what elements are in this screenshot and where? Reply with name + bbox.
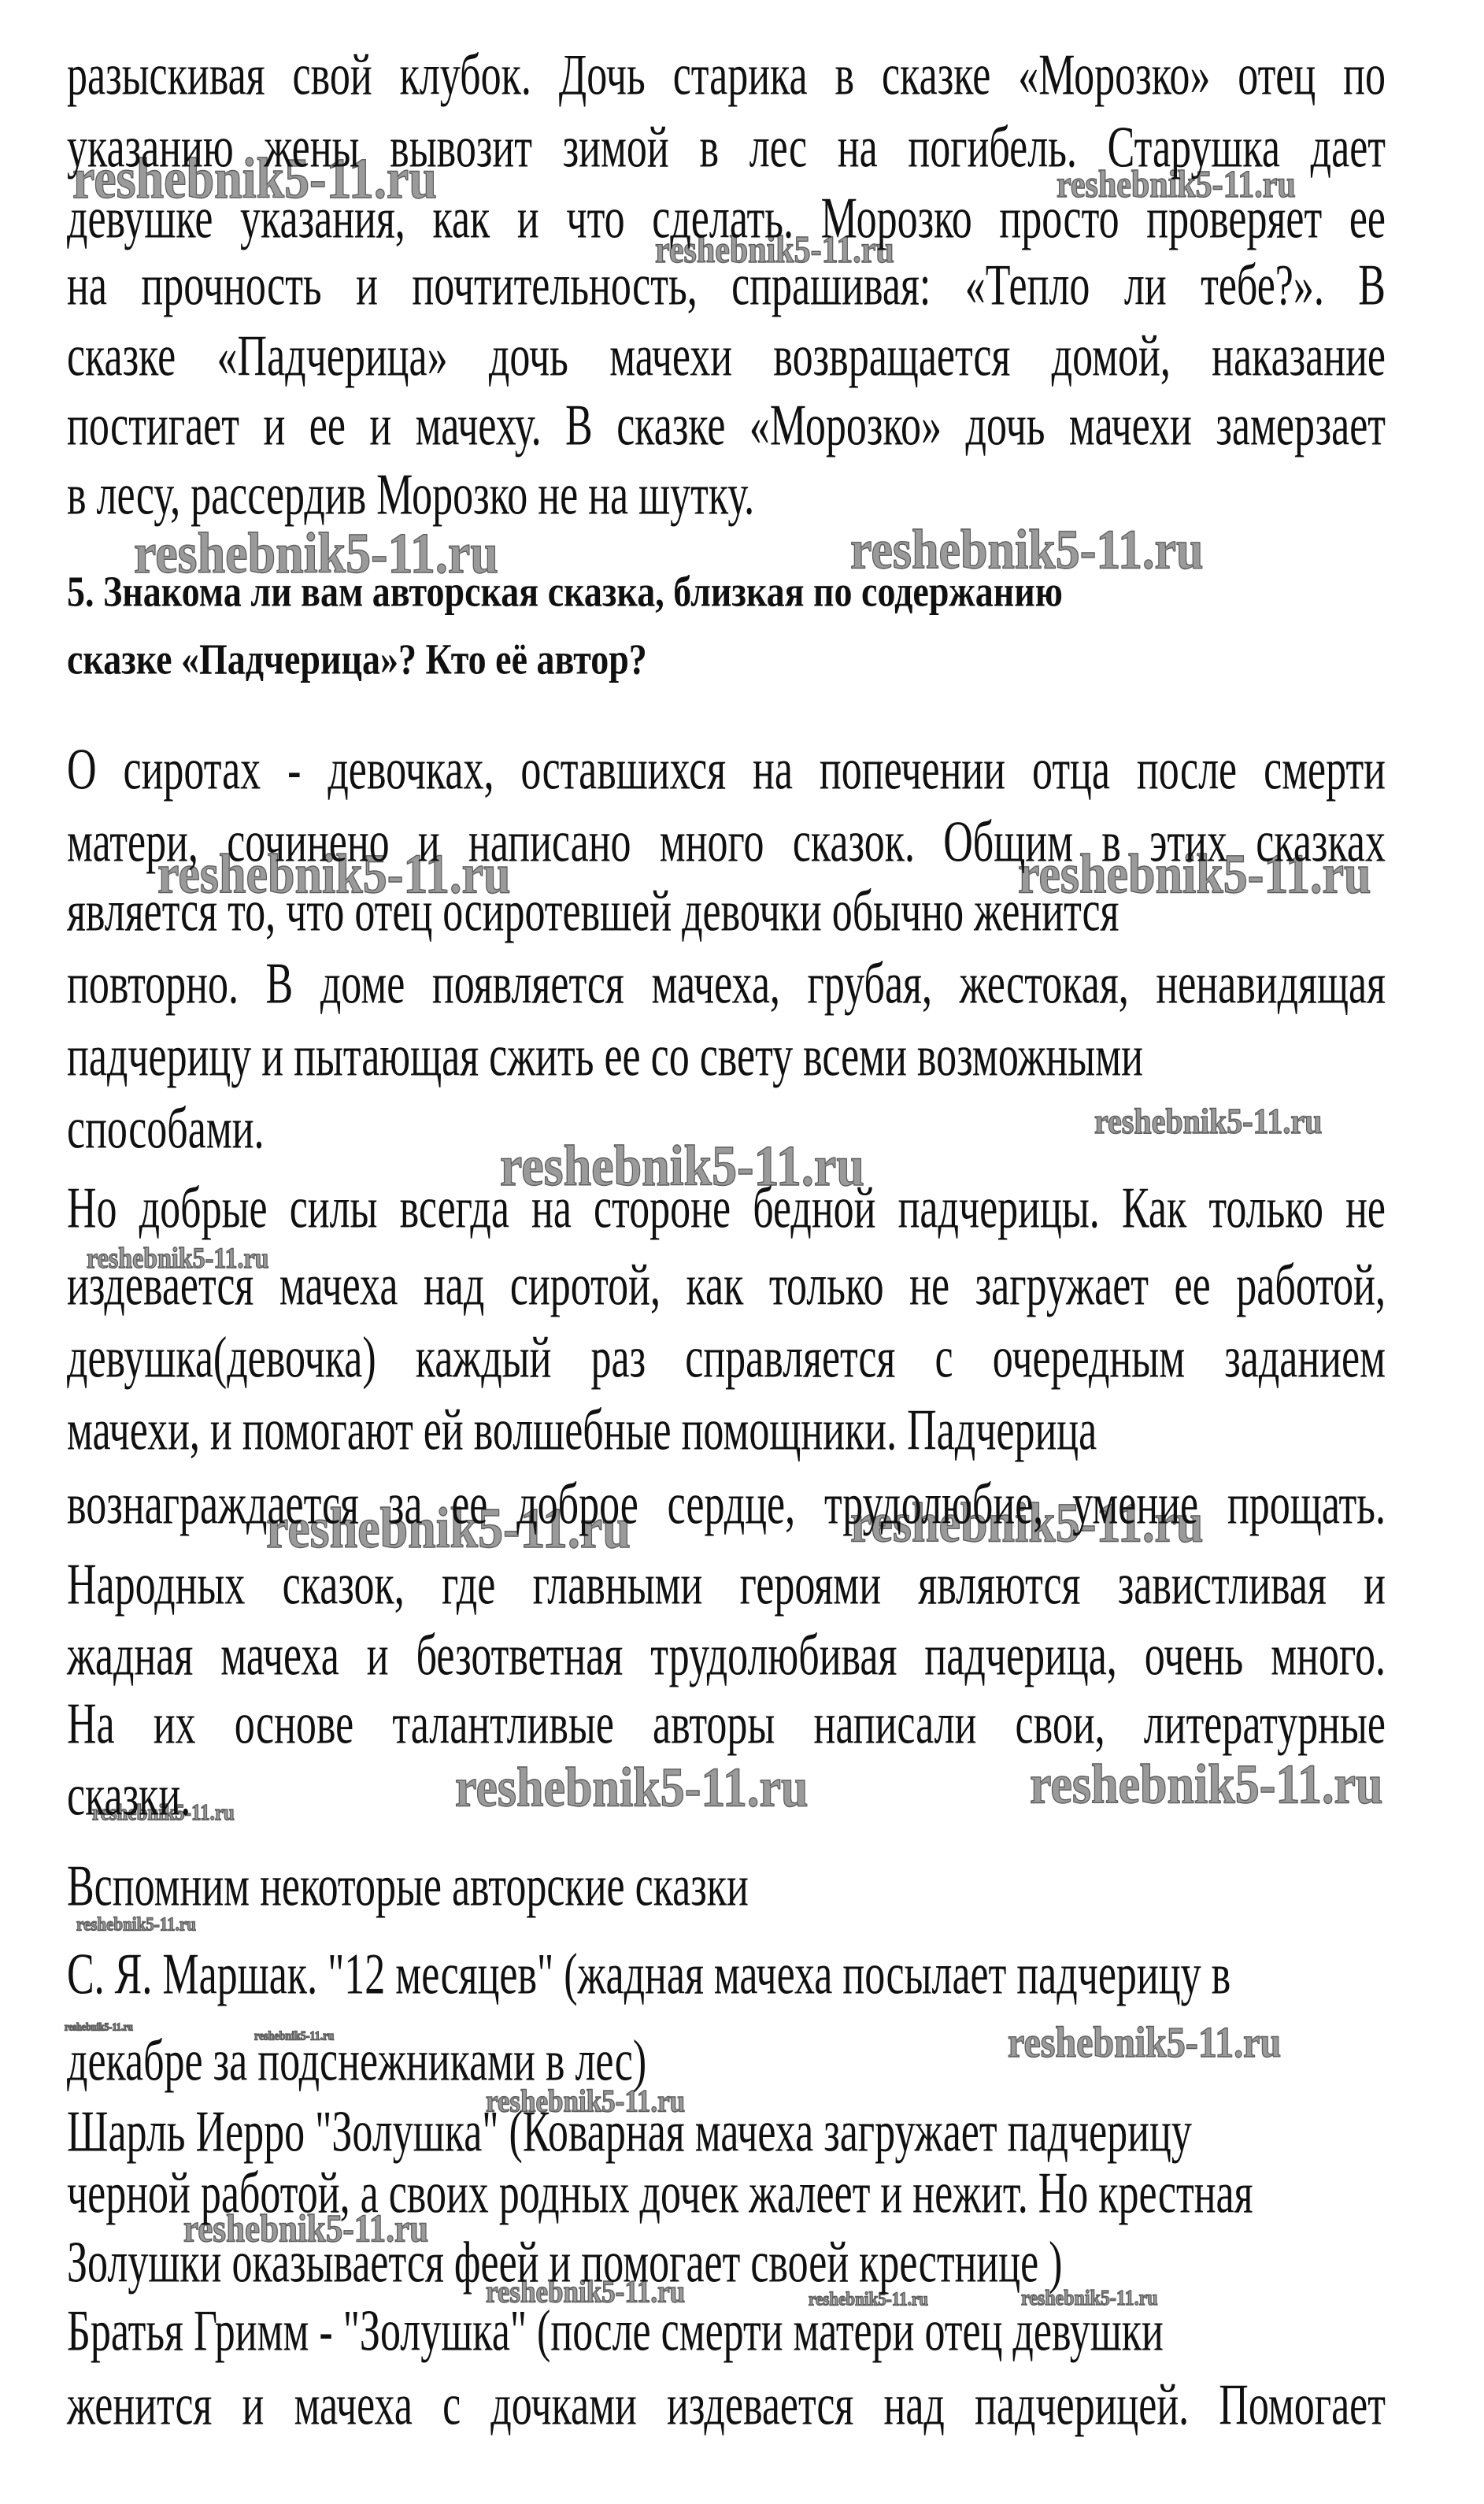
text-line: девушке указания, как и что сделать. Мор… xyxy=(67,185,1386,255)
text-line: Народных сказок, где главными героями яв… xyxy=(67,1551,1386,1621)
text-line: С. Я. Маршак. "12 месяцев" (жадная мачех… xyxy=(67,1941,1386,2011)
text-line: повторно. В доме появляется мачеха, груб… xyxy=(67,950,1386,1020)
text-line: О сиротах - девочках, оставшихся на попе… xyxy=(67,736,1386,806)
text-line: Золушки оказывается феей и помогает свое… xyxy=(67,2229,1386,2299)
text-line: матери, сочинено и написано много сказок… xyxy=(67,809,1386,879)
text-line: Братья Гримм - "Золушка" (после смерти м… xyxy=(67,2298,1386,2368)
text-line: декабре за подснежниками в лес) xyxy=(67,2028,1386,2098)
text-line: вознаграждается за ее доброе сердце, тру… xyxy=(67,1471,1386,1541)
text-line: черной работой, а своих родных дочек жал… xyxy=(67,2160,1386,2230)
text-line: женится и мачеха с дочками издевается на… xyxy=(67,2372,1386,2442)
text-line: Вспомним некоторые авторские сказки xyxy=(67,1853,1386,1923)
text-line: мачехи, и помогают ей волшебные помощник… xyxy=(67,1397,1386,1467)
document-page: reshebnik5-11.rureshebnik5-11.rureshebni… xyxy=(0,0,1484,2504)
text-line: падчерицу и пытающая сжить ее со свету в… xyxy=(67,1023,1386,1093)
text-line: является то, что отец осиротевшей девочк… xyxy=(67,878,1386,948)
text-line: сказке «Падчерица» дочь мачехи возвращае… xyxy=(67,323,1386,393)
text-line: Но добрые силы всегда на стороне бедной … xyxy=(67,1175,1386,1245)
text-line: в лесу, рассердив Морозко не на шутку. xyxy=(67,461,1386,532)
heading-line: 5. Знакома ли вам авторская сказка, близ… xyxy=(67,565,1248,617)
text-line: способами. xyxy=(67,1095,1386,1165)
text-line: издевается мачеха над сиротой, как тольк… xyxy=(67,1252,1386,1322)
text-line: На их основе талантливые авторы написали… xyxy=(67,1691,1386,1761)
text-line: Шарль Иерро "Золушка" (Коварная мачеха з… xyxy=(67,2098,1386,2169)
text-line: разыскивая свой клубок. Дочь старика в с… xyxy=(67,42,1386,112)
text-line: девушка(девочка) каждый раз справляется … xyxy=(67,1324,1386,1395)
text-line: постигает и ее и мачеху. В сказке «Мороз… xyxy=(67,392,1386,462)
text-line: на прочность и почтительность, спрашивая… xyxy=(67,252,1386,322)
text-line: жадная мачеха и безответная трудолюбивая… xyxy=(67,1622,1386,1692)
text-line: указанию жены вывозит зимой в лес на пог… xyxy=(67,114,1386,184)
heading-line: сказке «Падчерица»? Кто её автор? xyxy=(67,633,1248,685)
text-line: сказки. xyxy=(67,1762,1386,1832)
